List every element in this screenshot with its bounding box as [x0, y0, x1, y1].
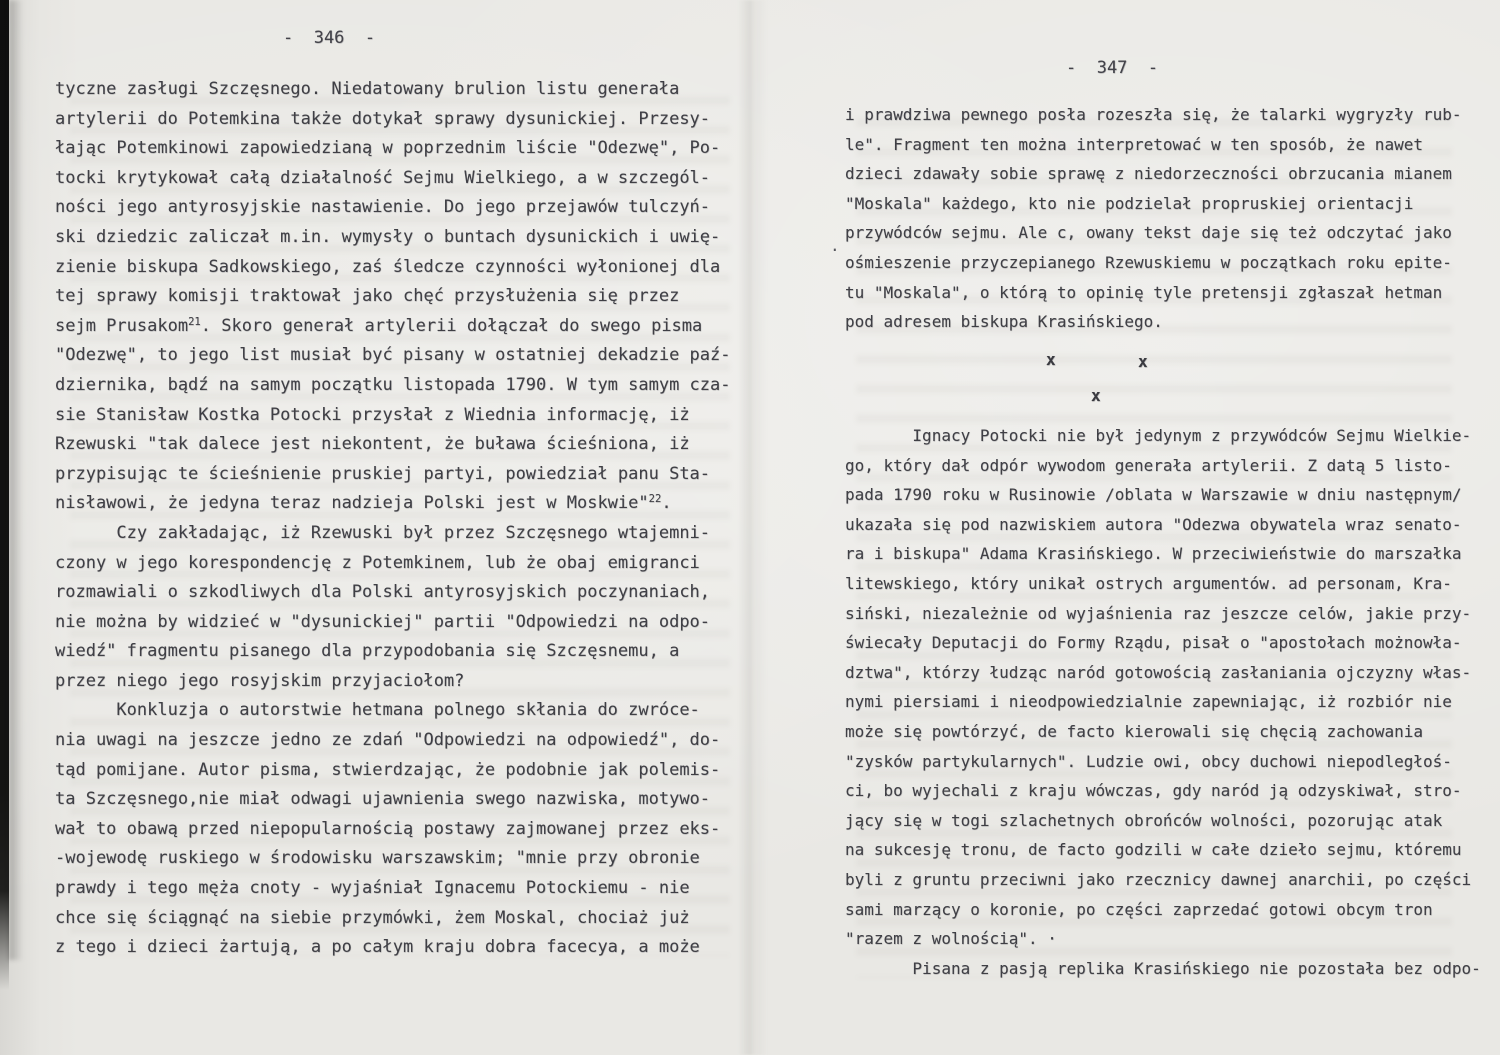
text-line: łając Potemkinowi zapowiedzianą w poprze… [55, 134, 775, 164]
text-line: chce się ściągnąć na siebie przymówki, ż… [55, 904, 775, 934]
text-line: z tego i dzieci żartują, a po całym kraj… [55, 933, 775, 963]
text-line: Czy zakładając, iż Rzewuski był przez Sz… [55, 519, 775, 549]
text-line: ukazała się pod nazwiskiem autora "Odezw… [845, 510, 1485, 540]
text-line: pada 1790 roku w Rusinowie /oblata w War… [845, 480, 1485, 510]
text-line: zienie biskupa Sadkowskiego, zaś śledcze… [55, 253, 775, 283]
text-line: ośmieszenie przyczepianego Rzewuskiemu w… [845, 248, 1485, 278]
text-line: tocki krytykował całą działalność Sejmu … [55, 164, 775, 194]
page-number-right: - 347 - [1066, 58, 1158, 78]
book-edge-shadow [0, 0, 9, 990]
text-line: pod adresem biskupa Krasińskiego. [845, 307, 1485, 337]
text-line: tąd pomijane. Autor pisma, stwierdzając,… [55, 756, 775, 786]
text-line: artylerii do Potemkina także dotykał spr… [55, 105, 775, 135]
text-line: "Odezwę", to jego list musiał być pisany… [55, 341, 775, 371]
footnote-reference: 22 [649, 494, 662, 506]
left-page-text: tyczne zasługi Szczęsnego. Niedatowany b… [55, 75, 775, 963]
text-line: czony w jego korespondencję z Potemkinem… [55, 549, 775, 579]
stray-ink-dot: . [830, 236, 840, 255]
text-line: dztwa", którzy łudząc naród gotowością z… [845, 658, 1485, 688]
section-break-mark: x [1046, 350, 1056, 369]
text-line: rozmawiali o szkodliwych dla Polski anty… [55, 578, 775, 608]
page-number-left: - 346 - [283, 28, 375, 48]
text-line: wał to obawą przed niepopularnością post… [55, 815, 775, 845]
text-line: nia uwagi na jeszcze jedno ze zdań "Odpo… [55, 726, 775, 756]
right-page-text-bottom: Ignacy Potocki nie był jedynym z przywód… [845, 421, 1485, 983]
text-line: sejm Prusakom21. Skoro generał artylerii… [55, 312, 775, 342]
text-line: przez niego jego rosyjskim przyjaciołom? [55, 667, 775, 697]
section-break-mark: x [1091, 386, 1101, 405]
text-line: le". Fragment ten można interpretować w … [845, 130, 1485, 160]
text-line: tej sprawy komisji traktował jako chęć p… [55, 282, 775, 312]
text-line: sami marzący o koronie, po części zaprze… [845, 895, 1485, 925]
text-line: sie Stanisław Kostka Potocki przysłał z … [55, 401, 775, 431]
text-line: prawdy i tego męża cnoty - wyjaśniał Ign… [55, 874, 775, 904]
text-line: na sukcesję tronu, de facto godzili w ca… [845, 835, 1485, 865]
text-line: jący się w togi szlachetnych obrońców wo… [845, 806, 1485, 836]
book-edge-soft-shadow [9, 0, 23, 960]
text-line: nymi piersiami i nieodpowiedzialnie zape… [845, 687, 1485, 717]
text-line: nie można by widzieć w "dysunickiej" par… [55, 608, 775, 638]
text-line: Konkluzja o autorstwie hetmana polnego s… [55, 696, 775, 726]
text-line: świecały Deputacji do Formy Rządu, pisał… [845, 628, 1485, 658]
text-line: tyczne zasługi Szczęsnego. Niedatowany b… [55, 75, 775, 105]
section-break-mark: x [1138, 352, 1148, 371]
text-line: go, który dał odpór wywodom generała art… [845, 451, 1485, 481]
text-line: litewskiego, który unikał ostrych argume… [845, 569, 1485, 599]
text-line: "zysków partykularnych". Ludzie owi, obc… [845, 747, 1485, 777]
text-line: -wojewodę ruskiego w środowisku warszaws… [55, 844, 775, 874]
text-line: Ignacy Potocki nie był jedynym z przywód… [845, 421, 1485, 451]
book-scan: - 346 - tyczne zasługi Szczęsnego. Nieda… [0, 0, 1500, 1055]
text-line: ności jego antyrosyjskie nastawienie. Do… [55, 193, 775, 223]
text-line: tu "Moskala", o którą to opinię tyle pre… [845, 278, 1485, 308]
text-line: ta Szczęsnego,nie miał odwagi ujawnienia… [55, 785, 775, 815]
text-line: i prawdziwa pewnego posła rozeszła się, … [845, 100, 1485, 130]
text-line: Pisana z pasją replika Krasińskiego nie … [845, 954, 1485, 984]
text-line: przywódców sejmu. Ale c, owany tekst daj… [845, 218, 1485, 248]
text-line: ski dziedzic zaliczał m.in. wymysły o bu… [55, 223, 775, 253]
text-line: ci, bo wyjechali z kraju wówczas, gdy na… [845, 776, 1485, 806]
text-line: "Moskala" każdego, kto nie podzielał pro… [845, 189, 1485, 219]
text-line: nisławowi, że jedyna teraz nadzieja Pols… [55, 489, 775, 519]
text-line: dziernika, bądź na samym początku listop… [55, 371, 775, 401]
footnote-reference: 21 [188, 316, 201, 328]
text-line: ra i biskupa" Adama Krasińskiego. W prze… [845, 539, 1485, 569]
text-line: "razem z wolnością". · [845, 924, 1485, 954]
text-line: może się powtórzyć, de facto kierowali s… [845, 717, 1485, 747]
text-line: wiedź" fragmentu pisanego dla przypodoba… [55, 637, 775, 667]
text-line: przypisując te ścieśnienie pruskiej part… [55, 460, 775, 490]
text-line: dzieci zdawały sobie sprawę z niedorzecz… [845, 159, 1485, 189]
right-page-text-top: i prawdziwa pewnego posła rozeszła się, … [845, 100, 1485, 337]
text-line: siński, niezależnie od wyjaśnienia raz j… [845, 599, 1485, 629]
text-line: Rzewuski "tak dalece jest niekontent, że… [55, 430, 775, 460]
text-line: byli z gruntu przeciwni jako rzecznicy d… [845, 865, 1485, 895]
